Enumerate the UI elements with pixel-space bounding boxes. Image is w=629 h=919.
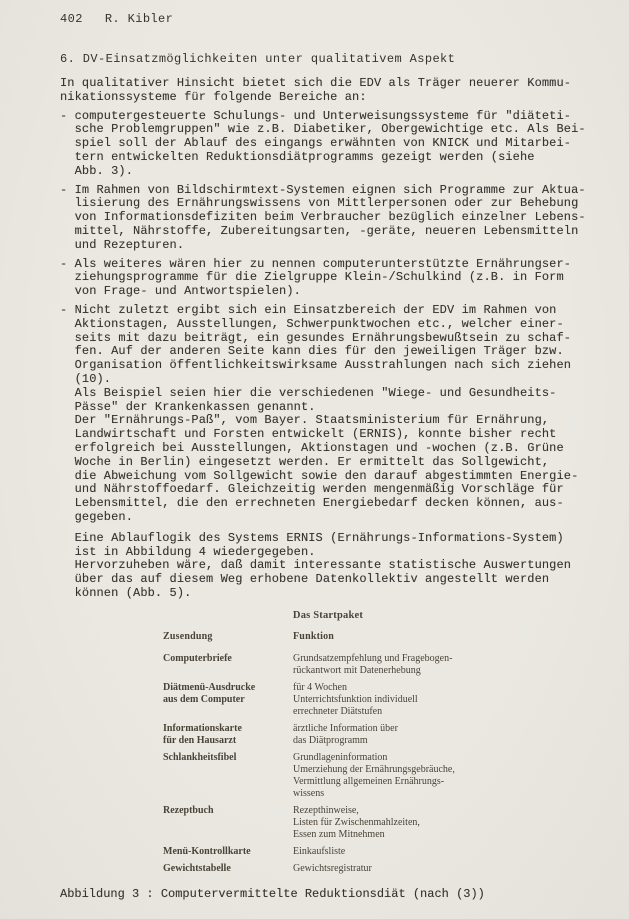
figure-title: Das Startpaket bbox=[163, 609, 493, 622]
page-number: 402 bbox=[60, 12, 83, 26]
table-row-funktion: Rezepthinweise, Listen für Zwischenmahlz… bbox=[293, 805, 629, 841]
bullet-item-schulungssysteme: - computergesteuerte Schulungs- und Unte… bbox=[60, 110, 629, 179]
bullet-item-ernaehrungserziehung: - Als weiteres wären hier zu nennen comp… bbox=[60, 258, 629, 299]
closing-paragraph: Eine Ablauflogik des Systems ERNIS (Ernä… bbox=[60, 532, 629, 601]
table-row-zusendung: Gewichtstabelle bbox=[163, 863, 285, 875]
table-row-zusendung: Informationskarte für den Hausarzt bbox=[163, 723, 285, 747]
figure-caption: Abbildung 3 : Computervermittelte Redukt… bbox=[60, 887, 629, 901]
table-row-funktion: Einkaufsliste bbox=[293, 846, 629, 858]
figure-startpaket: Das Startpaket Zusendung Funktion Comput… bbox=[163, 609, 629, 875]
section-title: 6. DV-Einsatzmöglichkeiten unter qualita… bbox=[60, 52, 629, 66]
table-row-funktion: Gewichtsregistratur bbox=[293, 863, 629, 875]
scanned-document-page: 402R. Kibler 6. DV-Einsatzmöglichkeiten … bbox=[0, 0, 629, 919]
figure-table: Zusendung Funktion Computerbriefe Grunds… bbox=[163, 631, 629, 875]
table-row-zusendung: Schlankheitsfibel bbox=[163, 752, 285, 800]
table-row-zusendung: Computerbriefe bbox=[163, 653, 285, 677]
running-head: 402R. Kibler bbox=[60, 12, 629, 26]
table-row-funktion: für 4 Wochen Unterrichtsfunktion individ… bbox=[293, 682, 629, 718]
running-author: R. Kibler bbox=[105, 12, 173, 26]
table-row-funktion: Grundlageninformation Umerziehung der Er… bbox=[293, 752, 629, 800]
intro-paragraph: In qualitativer Hinsicht bietet sich die… bbox=[60, 77, 629, 105]
column-header-zusendung: Zusendung bbox=[163, 631, 285, 648]
table-row-funktion: Grundsatzempfehlung und Fragebogen- rück… bbox=[293, 653, 629, 677]
table-row-funktion: ärztliche Information über das Diätprogr… bbox=[293, 723, 629, 747]
bullet-item-bildschirmtext: - Im Rahmen von Bildschirmtext-Systemen … bbox=[60, 184, 629, 253]
table-row-zusendung: Diätmenü-Ausdrucke aus dem Computer bbox=[163, 682, 285, 718]
table-row-zusendung: Rezeptbuch bbox=[163, 805, 285, 841]
table-row-zusendung: Menü-Kontrollkarte bbox=[163, 846, 285, 858]
column-header-funktion: Funktion bbox=[293, 631, 629, 648]
bullet-item-aktionstage: - Nicht zuletzt ergibt sich ein Einsatzb… bbox=[60, 304, 629, 525]
bullet-list: - computergesteuerte Schulungs- und Unte… bbox=[60, 110, 629, 525]
